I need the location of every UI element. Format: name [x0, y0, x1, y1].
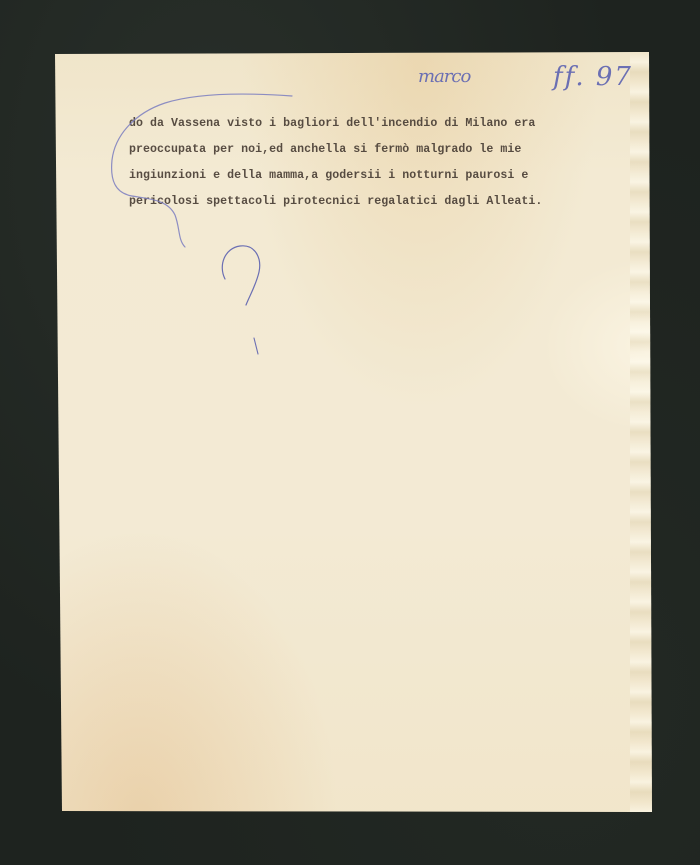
typed-text-block: do da Vassena visto i bagliori dell'ince…: [129, 111, 542, 215]
typed-line: preoccupata per noi,ed anchella si fermò…: [129, 137, 542, 163]
typed-line: ingiunzioni e della mamma,a godersii i n…: [129, 163, 542, 189]
typed-line: do da Vassena visto i bagliori dell'ince…: [129, 111, 542, 137]
handwritten-name-annotation: marco: [418, 66, 470, 87]
typed-line: pericolosi spettacoli pirotecnici regala…: [129, 189, 542, 215]
handwritten-folio-number: ff. 97: [553, 62, 633, 92]
